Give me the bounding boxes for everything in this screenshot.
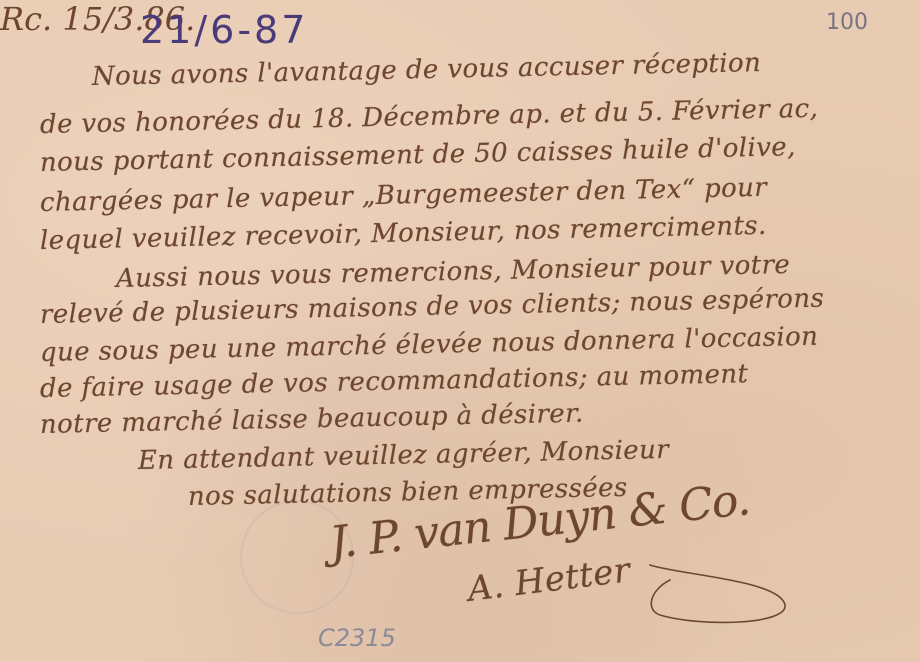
postcard: 21/6-87 100 Nous avons l'avantage de vou…	[0, 0, 920, 662]
date-annotation: 21/6-87	[140, 8, 308, 52]
letter-line-9: de faire usage de vos recommandations; a…	[40, 359, 749, 404]
received-annotation: Rc. 15/3.86.	[0, 0, 920, 38]
signature-flourish-icon	[640, 555, 790, 630]
catalog-number: C2315	[318, 624, 396, 652]
letter-line-4: chargées par le vapeur „Burgemeester den…	[40, 173, 768, 218]
letter-line-2: de vos honorées du 18. Décembre ap. et d…	[40, 94, 819, 140]
letter-line-5: lequel veuillez recevoir, Monsieur, nos …	[40, 211, 767, 256]
closing-line-1: En attendant veuillez agréer, Monsieur	[138, 435, 670, 476]
letter-line-3: nous portant connaissement de 50 caisses…	[40, 132, 796, 178]
signature-signatory: A. Hetter	[466, 550, 633, 610]
letter-line-1: Nous avons l'avantage de vous accuser ré…	[92, 48, 762, 92]
letter-line-10: notre marché laisse beaucoup à désirer.	[40, 399, 584, 440]
page-number: 100	[826, 10, 868, 35]
